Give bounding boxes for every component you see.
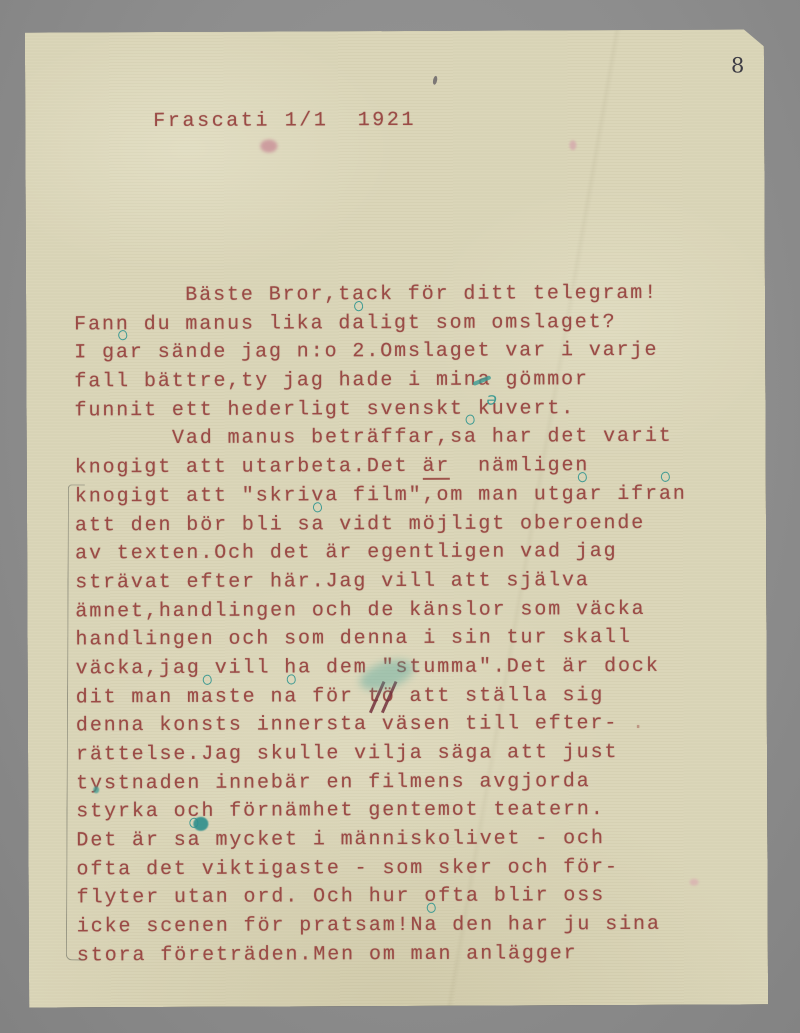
handwritten-aring-diacritic: a: [201, 683, 215, 712]
handwritten-aring-diacritic: a: [284, 683, 298, 712]
typed-line: funnit ett hederligt svenskt kuvert.: [74, 394, 745, 426]
handwritten-aring-diacritic: a: [116, 340, 130, 369]
pencil-bracket-annotation: [66, 484, 85, 960]
dark-speck-top-center: [432, 76, 438, 86]
typed-line: strävat efter här.Jag vill att själva: [75, 566, 746, 598]
handwritten-aring-diacritic: a: [659, 481, 673, 510]
typed-line: att den bör bli sa vidt möjligt oberoend…: [75, 509, 746, 541]
typed-line: knogigt att "skriva film",om man utgar i…: [75, 480, 746, 512]
handwritten-aring-diacritic: a: [464, 424, 478, 453]
typed-line: Det är sa mycket i människolivet - och: [76, 825, 747, 857]
typed-line: Bäste Bror,tack för ditt telegram!: [74, 279, 745, 311]
typed-line: fall bättre,ty jag hade i mina gömmor: [74, 366, 745, 398]
typed-line: knogigt att utarbeta.Det är nämligen: [75, 452, 746, 484]
handwritten-aring-diacritic: a: [424, 912, 438, 941]
handwritten-aring-diacritic: a: [352, 310, 366, 339]
typed-line: Fann du manus lika daligt som omslaget?: [74, 308, 745, 340]
dateline: Frascati 1/1 1921: [153, 109, 416, 133]
typed-line: rättelse.Jag skulle vilja säga att just: [76, 738, 747, 770]
typed-line: styrka och förnämhet gentemot teatern.: [76, 796, 747, 828]
letter-body: Bäste Bror,tack för ditt telegram!Fann d…: [74, 279, 748, 970]
pink-smudge-below-dateline: [260, 140, 277, 153]
typed-line: I gar sände jag n:o 2.Omslaget var i var…: [74, 337, 745, 369]
typed-line: dit man maste na för tö att ställa sig: [76, 681, 747, 713]
photo-background: 8 Frascati 1/1 1921 Bäste Bror,tack för …: [0, 0, 800, 1033]
typed-line: stora företräden.Men om man anlägger: [77, 939, 748, 971]
typed-line: tystnaden innebär en filmens avgjorda: [76, 767, 747, 799]
typed-line: av texten.Och det är egentligen vad jag: [75, 538, 746, 570]
handwritten-aring-diacritic: a: [188, 827, 202, 856]
typed-line: ämnet,handlingen och de känslor som väck…: [75, 595, 746, 627]
handwritten-aring-diacritic: a: [311, 511, 325, 540]
pink-speck-upper-right: [569, 140, 576, 150]
typed-line: handlingen och som denna i sin tur skall: [75, 624, 746, 656]
handwritten-aring-diacritic: a: [575, 481, 589, 510]
typed-line: ofta det viktigaste - som sker och för-: [76, 853, 747, 885]
page-number: 8: [731, 53, 745, 77]
typed-line: denna konsts innersta väsen till efter- …: [76, 710, 747, 742]
typed-line: flyter utan ord. Och hur ofta blir oss: [77, 882, 748, 914]
typed-line: icke scenen för pratsam!Na den har ju si…: [77, 911, 748, 943]
letter-page: 8 Frascati 1/1 1921 Bäste Bror,tack för …: [25, 29, 768, 1007]
typed-line: Vad manus beträffar,sa har det varit: [75, 423, 746, 455]
typed-line: väcka,jag vill ha dem "stumma".Det är do…: [76, 652, 747, 684]
